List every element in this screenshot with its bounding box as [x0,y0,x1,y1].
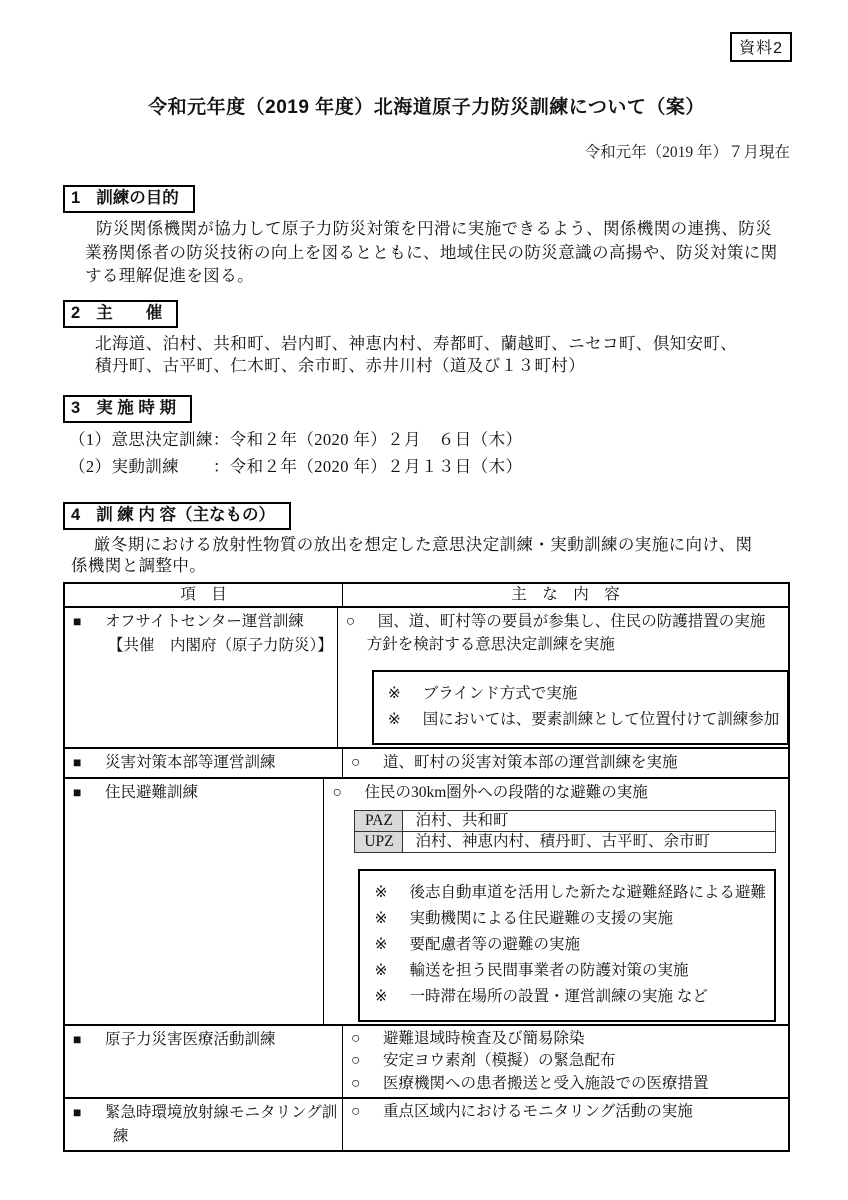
zone-row-paz: PAZ 泊村、共和町 [355,811,775,831]
paragraph-line: する理解促進を図る。 [85,264,790,288]
section-3: 3実 施 時 期 （1）意思決定訓練：令和２年（2020 年）２月 ６日（木） … [63,395,790,480]
circle-bullet-icon: ○ [351,751,366,774]
item-text: 緊急時環境放射線モニタリング訓練 [105,1104,337,1145]
section-4-body: 厳冬期における放射性物質の放出を想定した意思決定訓練・実動訓練の実施に向け、関 … [63,534,790,577]
note-text: 国においては、要素訓練として位置付けて訓練参加 [423,711,780,728]
item-text: 住民避難訓練 [105,784,198,801]
section-4-number: 4 [71,505,80,526]
content-line: ○重点区域内におけるモニタリング活動の実施 [351,1101,784,1124]
circle-bullet-icon: ○ [332,781,347,804]
note-box: ※後志自動車道を活用した新たな避難経路による避難 ※実動機関による住民避難の支援… [358,869,776,1022]
content-text: 住民の30km圏外への段階的な避難の実施 [364,784,647,801]
square-bullet-icon: ■ [73,1029,88,1052]
circle-bullet-icon: ○ [346,610,361,633]
note-line: ※実動機関による住民避難の支援の実施 [374,906,766,932]
content-cell: ○道、町村の災害対策本部の運営訓練を実施 [343,749,788,777]
square-bullet-icon: ■ [73,1102,88,1125]
content-line: ○道、町村の災害対策本部の運営訓練を実施 [351,751,784,774]
organizer-line: 積丹町、古平町、仁木町、余市町、赤井川村（道及び１３町村） [95,355,790,378]
section-3-number: 3 [71,398,80,419]
item-label: ■オフサイトセンター運営訓練 [73,610,333,634]
table-row: ■災害対策本部等運営訓練 ○道、町村の災害対策本部の運営訓練を実施 [65,747,788,777]
content-text: 安定ヨウ素剤（模擬）の緊急配布 [383,1052,616,1069]
note-text: 要配慮者等の避難の実施 [409,936,580,953]
paragraph-line: 防災関係機関が協力して原子力防災対策を円滑に実施できるよう、関係機関の連携、防災 [85,217,790,241]
note-text: 一時滞在場所の設置・運営訓練の実施 など [409,988,707,1005]
content-cell: ○避難退域時検査及び簡易除染 ○安定ヨウ素剤（模擬）の緊急配布 ○医療機関への患… [343,1026,788,1098]
note-line: ※要配慮者等の避難の実施 [374,932,766,958]
note-mark-icon: ※ [388,707,404,733]
content-text: 避難退域時検査及び簡易除染 [383,1030,585,1047]
table-header-row: 項 目 主 な 内 容 [65,584,788,606]
section-2: 2主 催 北海道、泊村、共和町、岩内町、神恵内村、寿都町、蘭越町、ニセコ町、倶知… [63,300,790,378]
zone-value: 泊村、共和町 [403,811,775,831]
content-line: ○国、道、町村等の要員が参集し、住民の防護措置の実施 [346,610,798,633]
zone-label: PAZ [355,811,403,831]
paragraph-line: 業務関係者の防災技術の向上を図るとともに、地域住民の防災意識の高揚や、防災対策に… [85,241,790,265]
item-label: ■災害対策本部等運営訓練 [73,751,338,775]
item-cell: ■緊急時環境放射線モニタリング訓練 [65,1099,343,1150]
note-mark-icon: ※ [374,880,390,906]
square-bullet-icon: ■ [73,611,88,634]
content-line-continued: 方針を検討する意思決定訓練を実施 [346,633,798,656]
section-1: 1訓練の目的 防災関係機関が協力して原子力防災対策を円滑に実施できるよう、関係機… [63,185,790,288]
note-mark-icon: ※ [374,906,390,932]
section-2-body: 北海道、泊村、共和町、岩内町、神恵内村、寿都町、蘭越町、ニセコ町、倶知安町、 積… [63,333,790,378]
section-2-heading-box: 2主 催 [63,300,178,328]
paragraph-line: 厳冬期における放射性物質の放出を想定した意思決定訓練・実動訓練の実施に向け、関 [71,534,790,556]
item-cell: ■原子力災害医療活動訓練 [65,1026,343,1098]
content-cell: ○重点区域内におけるモニタリング活動の実施 [343,1099,788,1150]
section-3-heading: 実 施 時 期 [96,399,176,417]
zone-row-upz: UPZ 泊村、神恵内村、積丹町、古平町、余市町 [355,831,775,852]
item-text: 災害対策本部等運営訓練 [105,754,276,771]
table-row: ■原子力災害医療活動訓練 ○避難退域時検査及び簡易除染 ○安定ヨウ素剤（模擬）の… [65,1024,788,1098]
item-label: ■緊急時環境放射線モニタリング訓練 [73,1101,338,1148]
section-4: 4訓 練 内 容（主なもの） 厳冬期における放射性物質の放出を想定した意思決定訓… [63,502,790,1153]
note-line: ※輸送を担う民間事業者の防護対策の実施 [374,958,766,984]
note-text: ブラインド方式で実施 [423,685,578,702]
zone-label: UPZ [355,832,403,852]
column-header-item: 項 目 [65,584,343,606]
reference-label: 資料2 [739,40,783,57]
item-label: ■原子力災害医療活動訓練 [73,1028,338,1052]
content-text: 国、道、町村等の要員が参集し、住民の防護措置の実施 [378,613,766,630]
content-text: 医療機関への患者搬送と受入施設での医療措置 [383,1075,709,1092]
item-cell: ■オフサイトセンター運営訓練 【共催 内閣府（原子力防災）】 [65,608,338,747]
section-4-heading: 訓 練 内 容（主なもの） [96,506,275,524]
schedule-item: （2）実動訓練 ：令和２年（2020 年）２月１３日（木） [69,453,790,480]
note-text: 輸送を担う民間事業者の防護対策の実施 [409,962,688,979]
reference-label-box: 資料2 [730,32,792,62]
section-4-heading-box: 4訓 練 内 容（主なもの） [63,502,291,530]
section-1-body: 防災関係機関が協力して原子力防災対策を円滑に実施できるよう、関係機関の連携、防災… [63,217,790,288]
content-line: ○住民の30km圏外への段階的な避難の実施 [332,781,784,804]
note-mark-icon: ※ [374,958,390,984]
content-line: ○医療機関への患者搬送と受入施設での医療措置 [351,1073,784,1096]
square-bullet-icon: ■ [73,752,88,775]
zone-table: PAZ 泊村、共和町 UPZ 泊村、神恵内村、積丹町、古平町、余市町 [354,810,776,853]
item-text: オフサイトセンター運営訓練 [105,613,304,630]
schedule-item: （1）意思決定訓練：令和２年（2020 年）２月 ６日（木） [69,426,790,453]
zone-value: 泊村、神恵内村、積丹町、古平町、余市町 [403,832,775,852]
item-cell: ■住民避難訓練 [65,779,324,1024]
note-mark-icon: ※ [388,681,404,707]
square-bullet-icon: ■ [73,782,88,805]
item-text: 原子力災害医療活動訓練 [105,1031,276,1048]
page-title: 令和元年度（2019 年度）北海道原子力防災訓練について（案） [63,92,790,119]
column-header-content: 主 な 内 容 [343,584,788,606]
circle-bullet-icon: ○ [351,1028,366,1051]
item-sublabel: 【共催 内閣府（原子力防災）】 [73,634,333,657]
circle-bullet-icon: ○ [351,1101,366,1124]
content-cell: ○住民の30km圏外への段階的な避難の実施 PAZ 泊村、共和町 UPZ 泊村、… [324,779,788,1024]
note-text: 実動機関による住民避難の支援の実施 [409,910,673,927]
table-row: ■緊急時環境放射線モニタリング訓練 ○重点区域内におけるモニタリング活動の実施 [65,1097,788,1150]
item-label: ■住民避難訓練 [73,781,319,805]
note-line: ※ブラインド方式で実施 [388,681,780,707]
paragraph-line: 係機関と調整中。 [71,555,790,577]
note-mark-icon: ※ [374,932,390,958]
content-text: 道、町村の災害対策本部の運営訓練を実施 [383,754,678,771]
training-content-table: 項 目 主 な 内 容 ■オフサイトセンター運営訓練 【共催 内閣府（原子力防災… [63,582,790,1153]
section-1-heading-box: 1訓練の目的 [63,185,195,213]
note-line: ※国においては、要素訓練として位置付けて訓練参加 [388,707,780,733]
circle-bullet-icon: ○ [351,1050,366,1073]
content-line: ○安定ヨウ素剤（模擬）の緊急配布 [351,1050,784,1073]
section-2-number: 2 [71,303,80,324]
as-of-date: 令和元年（2019 年）７月現在 [63,140,790,162]
document-page: 資料2 令和元年度（2019 年度）北海道原子力防災訓練について（案） 令和元年… [0,0,848,1200]
organizer-line: 北海道、泊村、共和町、岩内町、神恵内村、寿都町、蘭越町、ニセコ町、倶知安町、 [95,333,790,356]
section-1-number: 1 [71,188,80,209]
section-1-heading: 訓練の目的 [96,189,179,207]
section-2-heading: 主 催 [96,304,162,322]
item-cell: ■災害対策本部等運営訓練 [65,749,343,777]
note-mark-icon: ※ [374,984,390,1010]
note-line: ※一時滞在場所の設置・運営訓練の実施 など [374,984,766,1010]
note-text: 後志自動車道を活用した新たな避難経路による避難 [409,884,766,901]
circle-bullet-icon: ○ [351,1073,366,1096]
section-3-heading-box: 3実 施 時 期 [63,395,192,423]
note-box: ※ブラインド方式で実施 ※国においては、要素訓練として位置付けて訓練参加 [372,670,790,745]
content-text: 重点区域内におけるモニタリング活動の実施 [383,1103,693,1120]
content-line: ○避難退域時検査及び簡易除染 [351,1028,784,1051]
table-row: ■オフサイトセンター運営訓練 【共催 内閣府（原子力防災）】 ○国、道、町村等の… [65,606,788,747]
content-cell: ○国、道、町村等の要員が参集し、住民の防護措置の実施 方針を検討する意思決定訓練… [338,608,802,747]
document-content: 令和元年度（2019 年度）北海道原子力防災訓練について（案） 令和元年（201… [0,92,848,1152]
table-row: ■住民避難訓練 ○住民の30km圏外への段階的な避難の実施 PAZ 泊村、共和町 [65,777,788,1024]
section-3-body: （1）意思決定訓練：令和２年（2020 年）２月 ６日（木） （2）実動訓練 ：… [63,426,790,480]
note-line: ※後志自動車道を活用した新たな避難経路による避難 [374,880,766,906]
